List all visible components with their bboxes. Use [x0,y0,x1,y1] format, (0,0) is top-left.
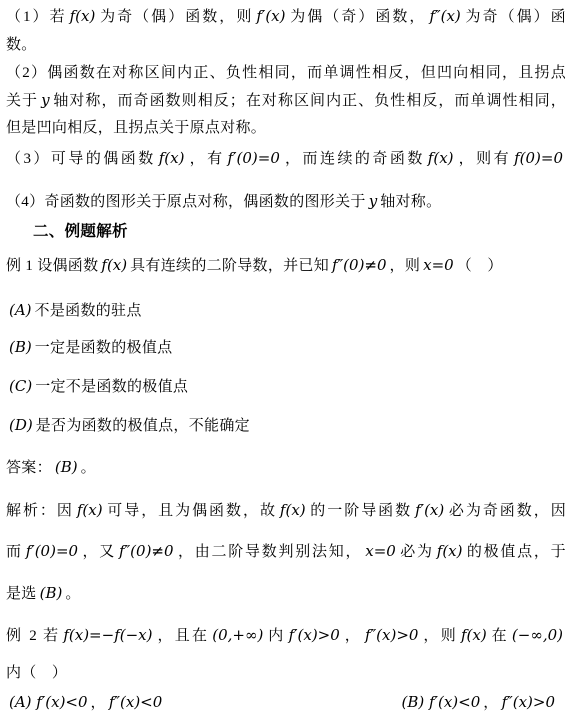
math-run: (B) [9,338,32,356]
text-run: 。 [65,586,80,602]
text-run: 一定是函数的极值点 [35,340,173,356]
option-cell: (A) f′(x)<0，f″(x)<0 [6,690,165,715]
math-run: (C) [9,377,32,395]
text-run: 为奇（偶）函 [464,9,566,25]
text-run: 二、例题解析 [33,223,128,240]
math-run: f″(x)<0 [109,693,162,711]
doc-line: (B)一定是函数的极值点 [6,335,566,360]
text-run: 为偶（奇）函数， [288,9,426,25]
text-run: ，则 [421,628,457,644]
doc-line: 关于y轴对称，而奇函数则相反；在对称区间内正、负性相反，而单调性相同， [6,88,566,113]
text-run: （1）若 [6,9,67,25]
math-run: (−∞,0) [512,626,563,644]
text-run: 内（ ） [6,665,67,681]
math-run: f(x) [77,501,103,519]
text-run: 。 [81,460,96,476]
section-heading: 二、例题解析 [6,220,566,244]
text-run: 内 [266,628,285,644]
text-run: ， [343,628,362,644]
option-cell: (B) f′(x)<0，f″(x)>0 [399,690,558,715]
text-run: （2）偶函数在对称区间内正、负性相同，而单调性相反，但凹向相同，且拐点 [6,65,566,81]
math-run: f″(x) [429,7,460,25]
math-run: y [369,192,377,210]
text-run: 必为奇函数，因 [447,503,566,519]
math-run: f(0)=0 [514,149,563,167]
text-run: 关于 [6,93,38,109]
text-run: 在 [490,628,509,644]
text-run: 的一阶导函数 [309,503,412,519]
doc-line: (A) f′(x)<0，f″(x)<0(B) f′(x)<0，f″(x)>0 [6,690,566,715]
math-run: f″(0)≠0 [119,542,174,560]
text-run: （4）奇函数的图形关于原点对称，偶函数的图形关于 [6,194,366,210]
text-run: 数。 [6,37,37,53]
math-run: f(x) [159,149,185,167]
math-run: f′(x) [415,501,444,519]
math-run: (0,+∞) [212,626,263,644]
math-run: f(x) [428,149,454,167]
doc-line: 例 1 设偶函数f(x)具有连续的二阶导数，并已知f″(0)≠0，则x=0（ ） [6,253,566,278]
math-run: (A) f′(x)<0 [9,693,88,711]
math-run: f(x) [101,256,127,274]
text-run: 一定不是函数的极值点 [35,379,188,395]
math-run: f(x) [280,501,306,519]
math-run: f″(x)>0 [365,626,418,644]
doc-line: 是选(B)。 [6,581,566,606]
text-run: 例 1 设偶函数 [6,258,98,274]
doc-line: 内（ ） [6,661,566,685]
text-run: ， [91,695,106,711]
doc-line: （4）奇函数的图形关于原点对称，偶函数的图形关于y轴对称。 [6,189,566,214]
text-run: ，由二阶导数判别法知， [177,544,363,560]
text-run: 不是函数的驻点 [35,303,142,319]
math-run: x=0 [365,542,396,560]
text-run: 轴对称，而奇函数则相反；在对称区间内正、负性相反，而单调性相同， [53,93,566,109]
text-run: 具有连续的二阶导数，并已知 [130,258,329,274]
math-run: (A) [9,301,32,319]
doc-line: （1）若f(x)为奇（偶）函数，则f′(x)为偶（奇）函数，f″(x)为奇（偶）… [6,4,566,29]
math-run: x=0 [423,256,454,274]
doc-line: 例 2 若f(x)=−f(−x)，且在(0,+∞)内f′(x)>0，f″(x)>… [6,623,566,648]
text-run: ，则有 [457,151,512,167]
doc-line: （3）可导的偶函数f(x)，有f′(0)=0，而连续的奇函数f(x)，则有f(0… [6,146,566,171]
math-run: f′(0)=0 [228,149,280,167]
text-run: （3）可导的偶函数 [6,151,156,167]
document-page: （1）若f(x)为奇（偶）函数，则f′(x)为偶（奇）函数，f″(x)为奇（偶）… [0,0,576,724]
math-run: f(x) [70,7,96,25]
math-run: (B) [40,584,63,602]
math-run: f′(x)>0 [289,626,340,644]
math-run: f″(x)>0 [502,693,555,711]
text-run: 轴对称。 [380,194,441,210]
doc-line: 数。 [6,33,566,57]
text-run: 是选 [6,586,37,602]
text-run: 答案： [6,460,52,476]
math-run: f″(0)≠0 [332,256,387,274]
math-run: f(x) [437,542,463,560]
text-run: 的极值点，于 [465,544,566,560]
doc-line: （2）偶函数在对称区间内正、负性相同，而单调性相反，但凹向相同，且拐点 [6,61,566,85]
doc-line: 答案：(B)。 [6,455,566,480]
math-run: (B) [55,458,78,476]
text-run: 而 [6,544,23,560]
text-run: ，且在 [155,628,209,644]
text-run: ，而连续的奇函数 [283,151,425,167]
doc-line: (A)不是函数的驻点 [6,298,566,323]
text-run: （ ） [457,258,503,274]
math-run: f′(x) [256,7,285,25]
text-run: 可导，且为偶函数，故 [106,503,277,519]
text-run: 例 2 若 [6,628,60,644]
doc-line: (D)是否为函数的极值点，不能确定 [6,413,566,438]
doc-line: (C)一定不是函数的极值点 [6,374,566,399]
math-run: (B) f′(x)<0 [402,693,481,711]
text-run: ，则 [390,258,421,274]
math-run: f(x) [461,626,487,644]
text-run: ，有 [187,151,224,167]
text-run: 必为 [399,544,434,560]
doc-line: 但是凹向相反，且拐点关于原点对称。 [6,116,566,140]
math-run: (D) [9,416,33,434]
math-run: f′(0)=0 [26,542,78,560]
doc-line: 而f′(0)=0，又f″(0)≠0，由二阶导数判别法知，x=0必为f(x)的极值… [6,539,566,564]
text-run: 解析：因 [6,503,74,519]
math-run: y [41,91,49,109]
text-run: 是否为函数的极值点，不能确定 [36,418,250,434]
text-run: ，又 [81,544,116,560]
text-run: 为奇（偶）函数，则 [98,9,253,25]
math-run: f(x)=−f(−x) [63,626,152,644]
text-run: 但是凹向相反，且拐点关于原点对称。 [6,120,266,136]
text-run: ， [483,695,498,711]
doc-line: 解析：因f(x)可导，且为偶函数，故f(x)的一阶导函数f′(x)必为奇函数，因 [6,498,566,523]
